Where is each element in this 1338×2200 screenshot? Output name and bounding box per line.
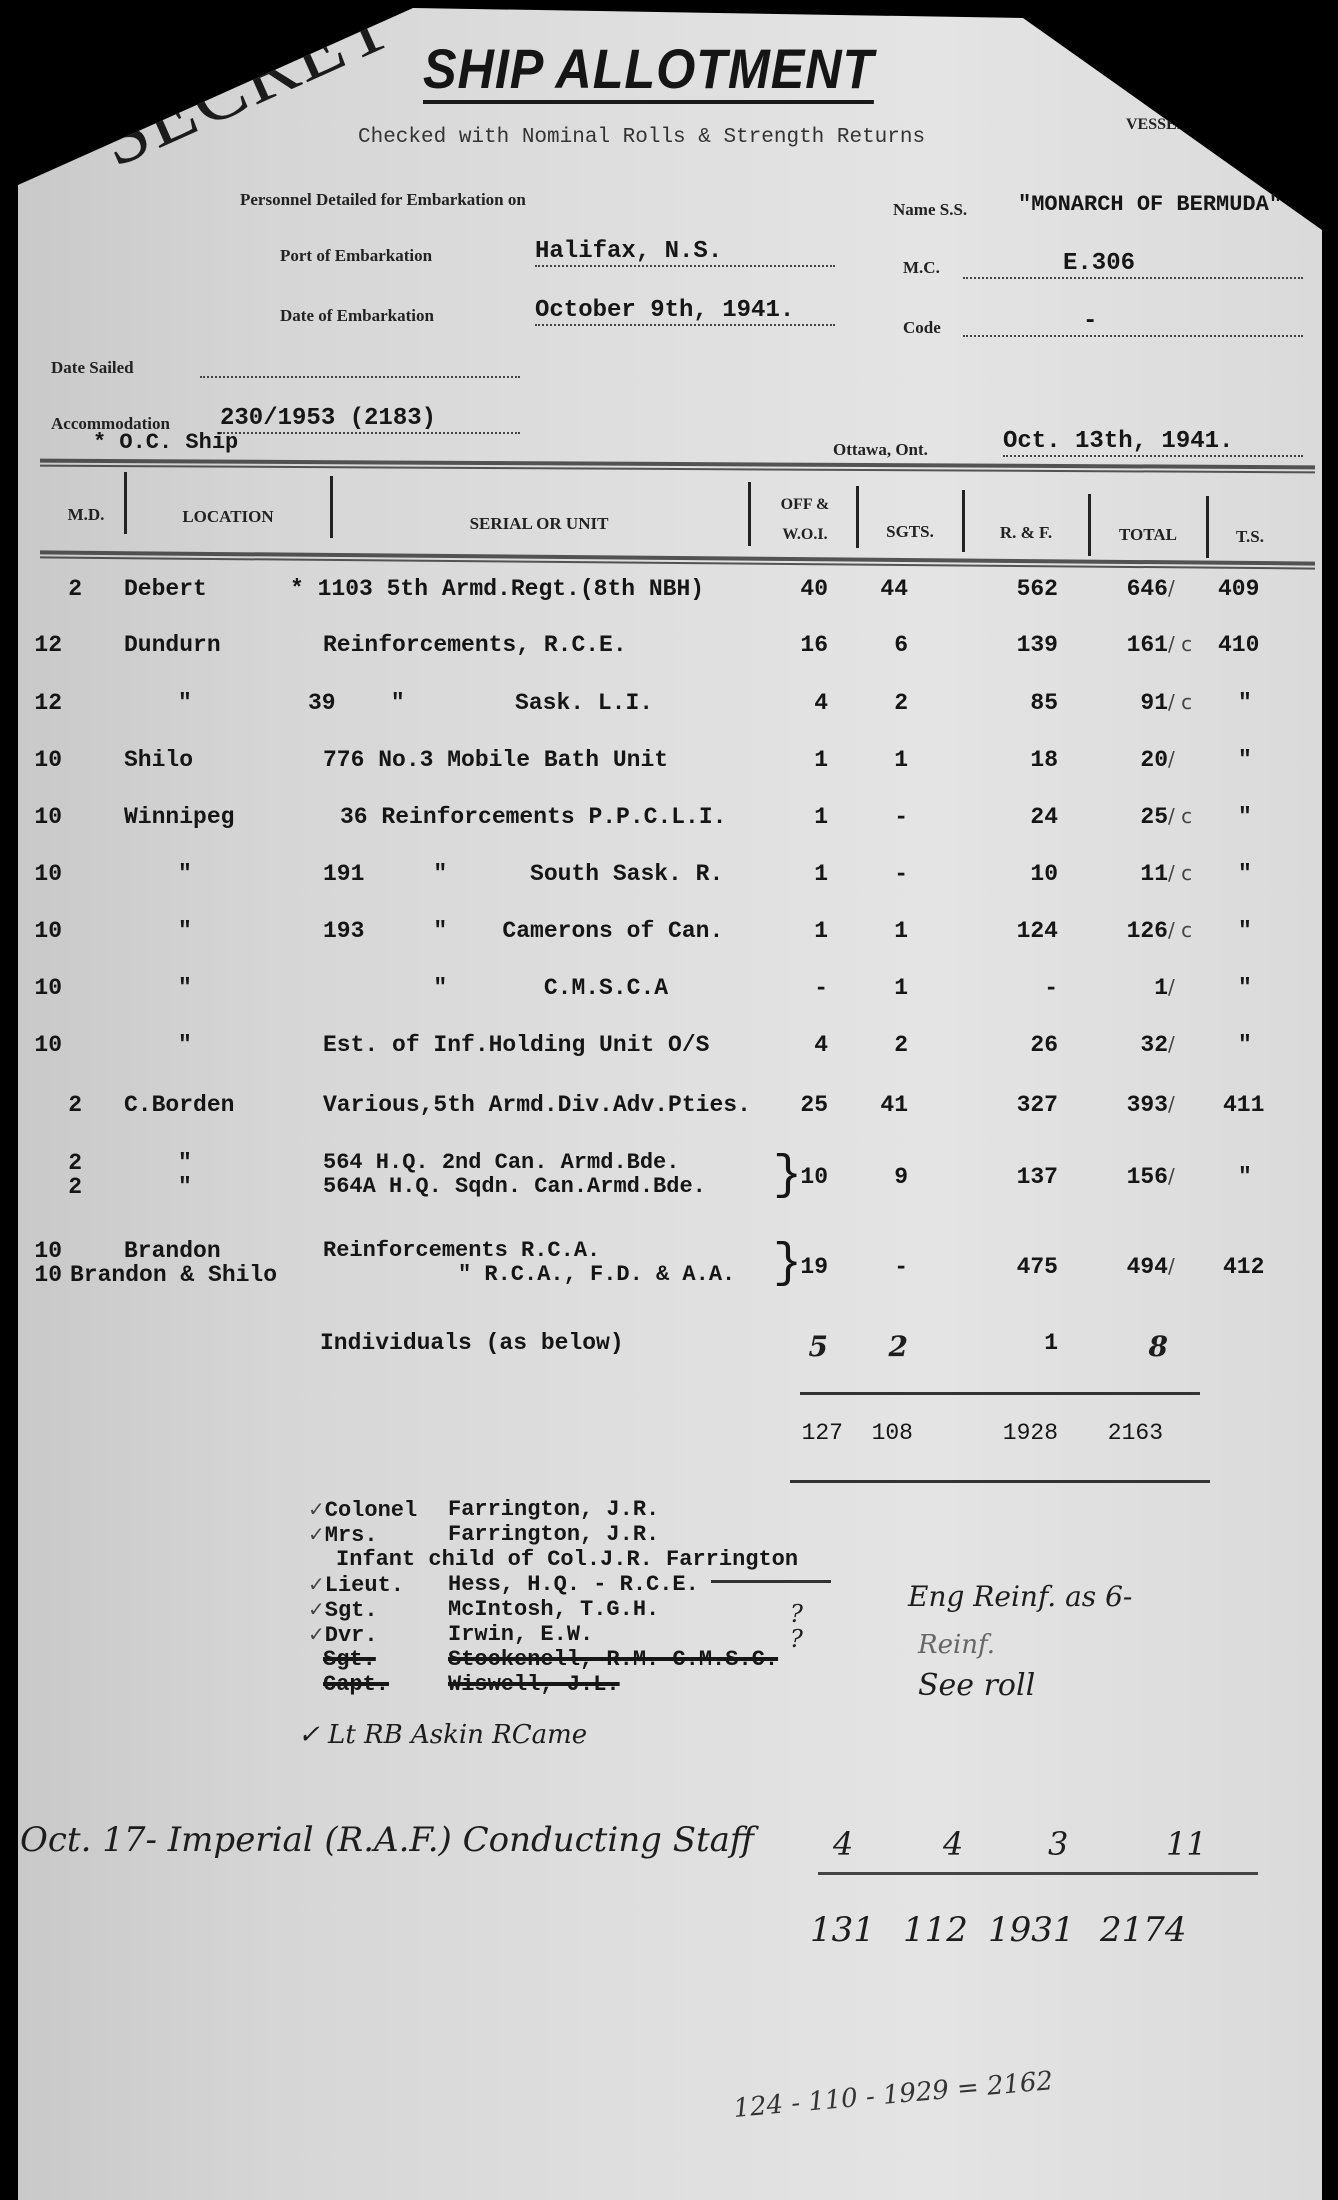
handwritten-total: 11 [1166,1825,1207,1863]
ts-cell: " [1238,918,1252,944]
rf-cell: 18 [988,747,1058,773]
table-row: 10 " Est. of Inf.Holding Unit O/S 4 2 26… [18,1032,1322,1072]
ts-cell: " [1238,747,1252,773]
md-cell: 2 [42,1150,82,1176]
place-date-value: Oct. 13th, 1941. [1003,428,1303,457]
individual-item: ✓Sgt. [308,1597,378,1623]
individual-rank: Dvr. [325,1623,378,1648]
document-title: SHIP ALLOTMENT [423,38,874,104]
total-cell: 91 [1108,690,1168,716]
individual-rank: Sgt. [325,1598,378,1623]
accommodation-value: 230/1953 (2183) [220,405,520,434]
col-header-rf: R. & F. [966,523,1086,543]
location-cell: " [178,1150,192,1176]
sgts-cell: - [858,1254,908,1280]
total-cell: 25 [1108,804,1168,830]
col-divider [124,472,127,534]
date-embarkation-value: October 9th, 1941. [535,297,835,326]
off-cell: - [788,975,828,1001]
individual-item: ✓Dvr. [308,1622,378,1648]
pen-stroke [711,1580,831,1583]
unit-cell: 193 " Camerons of Can. [323,918,723,944]
table-row: 10 Shilo 776 No.3 Mobile Bath Unit 1 1 1… [18,747,1322,787]
secret-stamp: SECRET [86,0,406,186]
table-row-totals: 127 108 1928 2163 [18,1420,1322,1460]
individual-name-struck: Wiswell, J.L. [448,1672,620,1697]
individual-name: Farrington, J.R. [448,1497,659,1522]
sgts-cell: 1 [858,918,908,944]
col-header-total: TOTAL [1092,525,1204,545]
check-mark-icon: / c [1168,804,1192,828]
unit-cell: 36 Reinforcements P.P.C.L.I. [340,804,726,830]
rf-cell: 124 [988,918,1058,944]
table-row: 10 " 191 " South Sask. R. 1 - 10 11 / c … [18,861,1322,901]
unit-cell: " C.M.S.C.A [323,975,668,1001]
total-cell: 32 [1108,1032,1168,1058]
sgts-cell: 41 [858,1092,908,1118]
md-cell: 10 [22,1238,62,1264]
md-cell: 2 [42,576,82,602]
total-cell: 494 [1108,1254,1168,1280]
mc-label: M.C. [903,258,940,278]
location-cell: " [178,690,192,716]
check-mark-icon: ✓ [308,1597,325,1621]
handwritten-new-off: 131 [810,1910,875,1950]
ship-name-label: Name S.S. [893,200,967,220]
individual-item: ✓Colonel [308,1497,417,1523]
handwritten-hess-note: Eng Reinf. as 6- [908,1580,1132,1613]
location-cell: " [178,975,192,1001]
unit-cell: 191 " South Sask. R. [323,861,723,887]
table-row: 12 " 39 " Sask. L.I. 4 2 85 91 / c " [18,690,1322,730]
ship-name-value: "MONARCH OF BERMUDA" [1018,192,1282,217]
sgts-total: 108 [858,1420,913,1446]
individual-name: McIntosh, T.G.H. [448,1597,659,1622]
handwritten-question-mark: ? [790,1625,803,1653]
location-cell: C.Borden [124,1092,234,1118]
place-label: Ottawa, Ont. [833,440,928,460]
unit-cell: Reinforcements R.C.A. [323,1238,600,1263]
col-divider [748,482,751,546]
col-divider [330,476,333,538]
md-cell: 2 [42,1174,82,1200]
sgts-cell: 2 [858,1330,908,1363]
code-value: - [963,308,1303,337]
sgts-cell: 2 [858,690,908,716]
check-mark-icon: ✓ [308,1622,325,1646]
md-cell: 12 [22,690,62,716]
col-header-location: LOCATION [128,507,328,527]
date-sailed-label: Date Sailed [51,358,134,378]
md-cell: 10 [22,861,62,887]
ts-cell: " [1238,1032,1252,1058]
md-cell: 10 [22,804,62,830]
unit-cell: Individuals (as below) [320,1330,624,1356]
total-cell: 11 [1108,861,1168,887]
unit-cell: * 1103 5th Armd.Regt.(8th NBH) [290,576,704,602]
handwritten-sum-rule [818,1872,1258,1875]
check-mark-icon: / c [1168,632,1192,656]
sgts-cell: - [858,861,908,887]
rf-cell: 10 [988,861,1058,887]
date-sailed-value [200,352,520,378]
col-divider [1206,496,1209,558]
sum-rule [800,1392,1200,1395]
location-cell: " [178,861,192,887]
sgts-cell: - [858,804,908,830]
rf-cell: 327 [988,1092,1058,1118]
ts-cell: 412 [1223,1254,1264,1280]
document-subtitle: Checked with Nominal Rolls & Strength Re… [358,126,925,149]
individual-name: Hess, H.Q. - R.C.E. [448,1572,699,1597]
individual-item: ✓Mrs. [308,1522,378,1548]
individual-rank-struck: Sgt. [323,1647,376,1672]
total-cell: 8 [1108,1330,1168,1363]
total-cell: 126 [1108,918,1168,944]
rf-cell: 475 [988,1254,1058,1280]
total-cell: 161 [1108,632,1168,658]
unit-cell: Est. of Inf.Holding Unit O/S [323,1032,709,1058]
rf-cell: 562 [988,576,1058,602]
table-row: 10 Winnipeg 36 Reinforcements P.P.C.L.I.… [18,804,1322,844]
individual-name: Irwin, E.W. [448,1622,593,1647]
off-cell: 25 [788,1092,828,1118]
individual-rank: Lieut. [325,1573,404,1598]
col-header-serial-unit: SERIAL OR UNIT [334,514,744,534]
handwritten-reinf-note: Reinf. [918,1630,995,1660]
location-cell: Brandon & Shilo [70,1262,277,1288]
handwritten-question-mark: ? [790,1600,803,1628]
handwritten-new-rf: 1931 [988,1910,1075,1950]
rf-cell: 85 [988,690,1058,716]
unit-cell: 776 No.3 Mobile Bath Unit [323,747,668,773]
port-label: Port of Embarkation [280,246,432,266]
off-cell: 4 [788,1032,828,1058]
off-cell: 1 [788,918,828,944]
individual-rank: Mrs. [325,1523,378,1548]
md-cell: 12 [22,632,62,658]
individual-rank: Infant child of Col.J.R. Farrington [336,1547,798,1572]
table-row: 10 " " C.M.S.C.A - 1 - 1 / " [18,975,1322,1015]
md-cell: 10 [22,1032,62,1058]
check-mark-icon: ✓ [308,1572,325,1596]
total-cell: 156 [1108,1164,1168,1190]
col-header-sgts: SGTS. [860,522,960,542]
off-cell: 19 [788,1254,828,1280]
ts-cell: " [1238,690,1252,716]
ts-cell: 411 [1223,1092,1264,1118]
handwritten-conducting-staff: Oct. 17- Imperial (R.A.F.) Conducting St… [20,1820,754,1860]
individual-item: ✓Lieut. [308,1572,404,1598]
md-cell: 2 [42,1092,82,1118]
check-mark-icon: ✓ [308,1497,325,1521]
sgts-cell: 6 [858,632,908,658]
individual-rank: Colonel [325,1498,417,1523]
col-divider [1088,494,1091,556]
total-cell: 20 [1108,747,1168,773]
col-divider [856,486,859,548]
location-cell: Brandon [124,1238,221,1264]
md-cell: 10 [22,975,62,1001]
document-page: SECRET SHIP ALLOTMENT Checked with Nomin… [18,0,1322,2200]
location-cell: " [178,1174,192,1200]
ts-cell: " [1238,804,1252,830]
col-divider [962,490,965,552]
rf-cell: 1 [988,1330,1058,1356]
oc-ship-note: * O.C. Ship [93,430,238,455]
grand-total: 2163 [1093,1420,1163,1446]
location-cell: Debert [124,576,207,602]
total-cell: 393 [1108,1092,1168,1118]
ts-cell: " [1238,861,1252,887]
table-row: 2 Debert * 1103 5th Armd.Regt.(8th NBH) … [18,576,1322,616]
handwritten-new-sgts: 112 [903,1910,968,1950]
md-cell: 10 [22,1262,62,1288]
off-cell: 5 [788,1330,828,1363]
check-mark-icon: / [1168,1092,1175,1116]
table-row-grouped: 10 10 Brandon Brandon & Shilo Reinforcem… [18,1238,1322,1302]
check-mark-icon: / [1168,1164,1175,1188]
rf-total: 1928 [988,1420,1058,1446]
off-total: 127 [793,1420,843,1446]
off-cell: 1 [788,804,828,830]
check-mark-icon: / c [1168,918,1192,942]
md-cell: 10 [22,918,62,944]
sgts-cell: 1 [858,975,908,1001]
off-cell: 10 [788,1164,828,1190]
off-cell: 1 [788,861,828,887]
location-cell: Dundurn [124,632,221,658]
sum-rule [790,1480,1210,1483]
col-header-off-woi: OFF & W.O.I. [770,490,840,550]
unit-cell: 564 H.Q. 2nd Can. Armd.Bde. [323,1150,679,1175]
check-mark-icon: / [1168,747,1175,771]
table-row-individuals: Individuals (as below) 5 2 1 8 [18,1330,1322,1370]
check-mark-icon: / [1168,975,1175,999]
location-cell: Winnipeg [124,804,234,830]
ts-cell: " [1238,975,1252,1001]
individual-name-struck: Stockenell, R.M. C.M.S.C. [448,1647,778,1672]
total-cell: 1 [1108,975,1168,1001]
check-mark-icon: / [1168,576,1175,600]
table-row: 10 " 193 " Camerons of Can. 1 1 124 126 … [18,918,1322,958]
individual-name: Farrington, J.R. [448,1522,659,1547]
unit-cell: 39 " Sask. L.I. [308,690,653,716]
handwritten-sgts: 4 [943,1825,963,1863]
unit-cell: Various,5th Armd.Div.Adv.Pties. [323,1092,751,1118]
sgts-cell: 2 [858,1032,908,1058]
location-cell: " [178,1032,192,1058]
personnel-label: Personnel Detailed for Embarkation on [240,190,526,210]
rf-cell: 24 [988,804,1058,830]
off-cell: 4 [788,690,828,716]
total-cell: 646 [1108,576,1168,602]
handwritten-rf: 3 [1048,1825,1068,1863]
table-row: 2 C.Borden Various,5th Armd.Div.Adv.Ptie… [18,1092,1322,1132]
col-header-ts: T.S. [1210,527,1290,547]
md-cell: 10 [22,747,62,773]
code-label: Code [903,318,941,338]
handwritten-new-total: 2174 [1100,1910,1187,1950]
unit-cell: " R.C.A., F.D. & A.A. [458,1262,735,1287]
rf-cell: - [988,975,1058,1001]
location-cell: Shilo [124,747,193,773]
check-mark-icon: / [1168,1032,1175,1056]
date-embarkation-label: Date of Embarkation [280,306,434,326]
mc-value: E.306 [963,250,1303,279]
handwritten-extra-line: ✓ Lt RB Askin RCame [298,1720,587,1750]
off-cell: 16 [788,632,828,658]
handwritten-see-roll: See roll [918,1668,1035,1703]
col-header-md: M.D. [48,505,124,525]
handwritten-bottom-note: 124 - 110 - 1929 = 2162 [732,2066,1054,2124]
unit-cell: Reinforcements, R.C.E. [323,632,627,658]
off-cell: 1 [788,747,828,773]
sgts-cell: 9 [858,1164,908,1190]
unit-cell: 564A H.Q. Sqdn. Can.Armd.Bde. [323,1174,706,1199]
handwritten-off: 4 [833,1825,853,1863]
sgts-cell: 44 [858,576,908,602]
location-cell: " [178,918,192,944]
rf-cell: 137 [988,1164,1058,1190]
individual-rank-struck: Capt. [323,1672,389,1697]
ts-cell: 410 [1218,632,1259,658]
ts-cell: 409 [1218,576,1259,602]
vessel-label: VESSEL [1126,116,1187,134]
rf-cell: 139 [988,632,1058,658]
port-value: Halifax, N.S. [535,238,835,267]
table-row: 12 Dundurn Reinforcements, R.C.E. 16 6 1… [18,632,1322,672]
check-mark-icon: / c [1168,861,1192,885]
sgts-cell: 1 [858,747,908,773]
check-mark-icon: / c [1168,690,1192,714]
check-mark-icon: / [1168,1254,1175,1278]
rf-cell: 26 [988,1032,1058,1058]
check-mark-icon: ✓ [308,1522,325,1546]
ts-cell: " [1238,1164,1252,1190]
off-cell: 40 [788,576,828,602]
table-row-grouped: 2 2 " " 564 H.Q. 2nd Can. Armd.Bde. 564A… [18,1150,1322,1214]
